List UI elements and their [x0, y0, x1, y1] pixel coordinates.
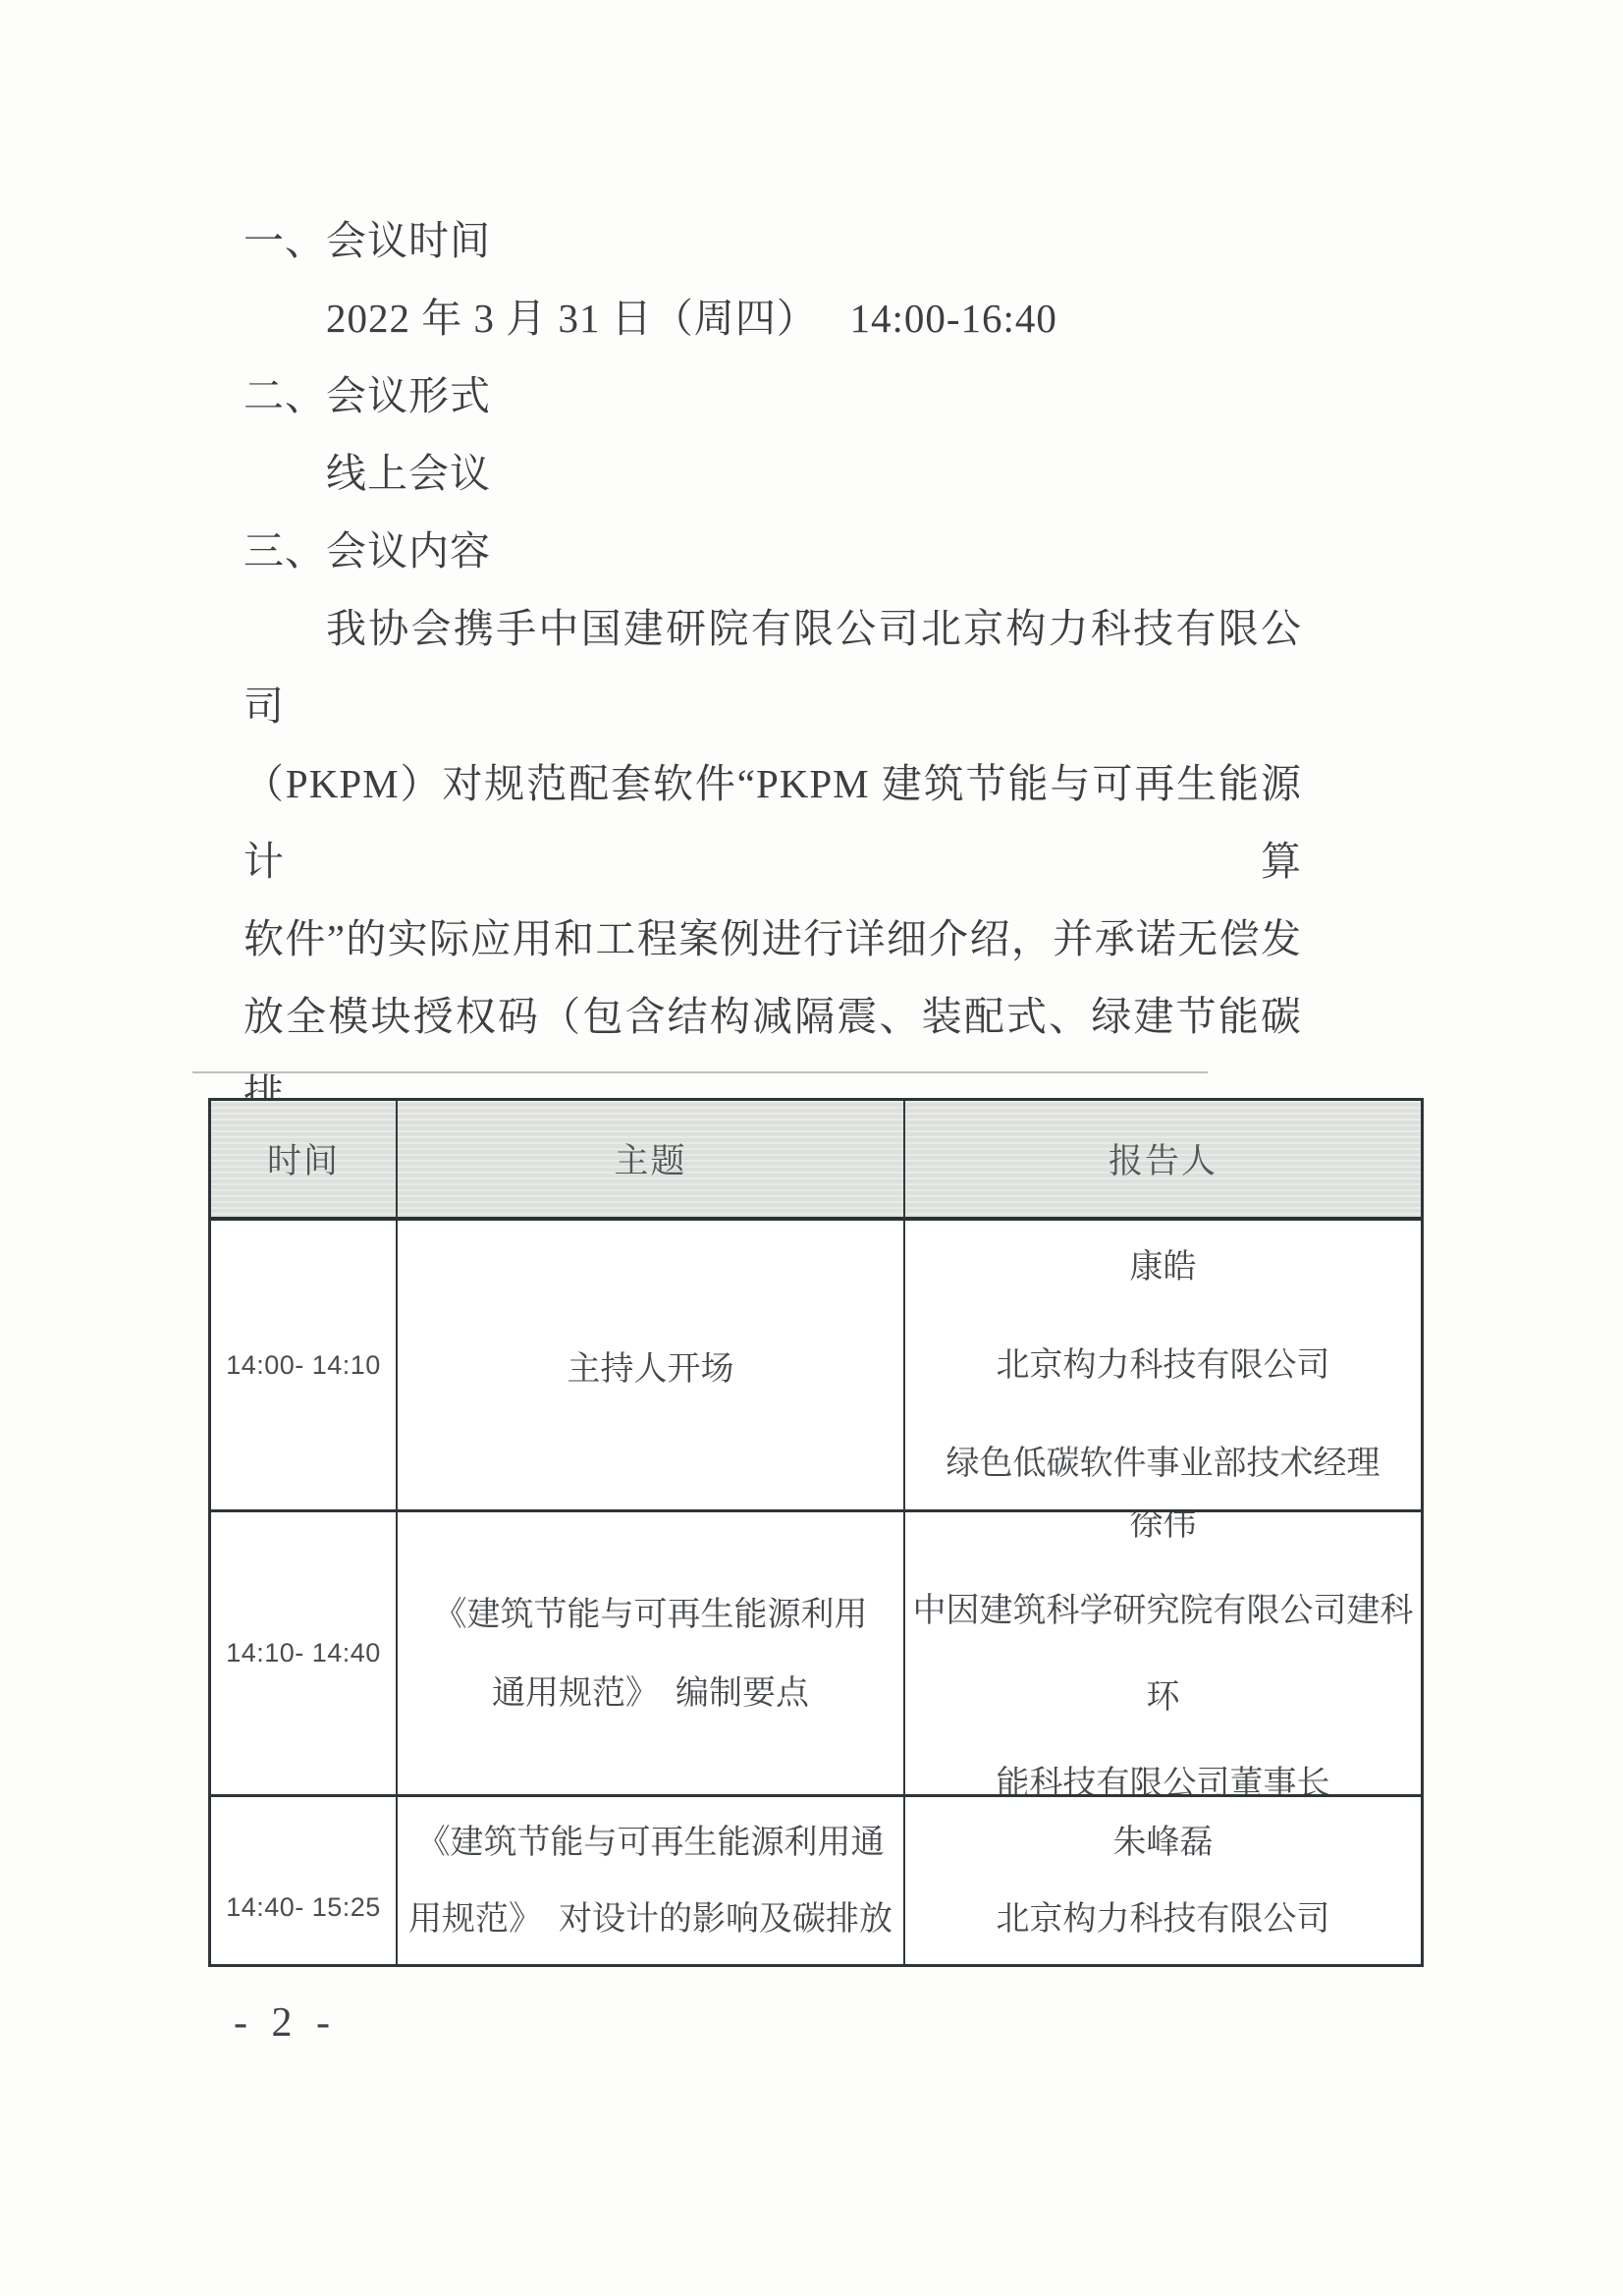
table-cell-speaker-1: 康皓 北京构力科技有限公司 绿色低碳软件事业部技术经理: [905, 1221, 1421, 1512]
topic-line: 用规范》 对设计的影响及碳排放: [408, 1881, 893, 1957]
speaker-org: 北京构力科技有限公司: [997, 1316, 1330, 1414]
speaker-org: 北京构力科技有限公司: [997, 1881, 1330, 1957]
scan-artifact-line: [192, 1071, 1208, 1073]
table-cell-speaker-2: 徐伟 中因建筑科学研究院有限公司建科环 能科技有限公司董事长: [905, 1512, 1421, 1797]
speaker-org: 中因建筑科学研究院有限公司建科环: [905, 1567, 1421, 1740]
topic-line: 《建筑节能与可再生能源利用: [434, 1575, 868, 1654]
agenda-table: 时间 主题 报告人 14:00- 14:10 主持人开场 康皓 北京构力科技有限…: [208, 1098, 1424, 1967]
scanned-document-page: 一、会议时间 2022 年 3 月 31 日（周四） 14:00-16:40 二…: [0, 0, 1623, 2296]
paragraph-line-2: （PKPM）对规范配套软件“PKPM 建筑节能与可再生能源计算: [243, 745, 1302, 901]
speaker-name: 朱峰磊: [1113, 1804, 1214, 1881]
section2-heading: 二、会议形式: [243, 357, 1302, 435]
topic-line: 通用规范》 编制要点: [492, 1654, 809, 1732]
table-cell-topic-2: 《建筑节能与可再生能源利用 通用规范》 编制要点: [398, 1512, 905, 1797]
speaker-title: 能科技有限公司董事长: [997, 1740, 1330, 1798]
meeting-format-value: 线上会议: [243, 435, 1302, 513]
table-cell-speaker-3: 朱峰磊 北京构力科技有限公司: [905, 1797, 1421, 1964]
speaker-title: 绿色低碳软件事业部技术经理: [947, 1414, 1380, 1512]
table-cell-time-3: 14:40- 15:25: [211, 1797, 398, 1964]
table-cell-topic-1: 主持人开场: [398, 1221, 905, 1512]
paragraph-line-3: 软件”的实际应用和工程案例进行详细介绍，并承诺无偿发: [243, 901, 1302, 978]
page-number: - 2 -: [234, 1999, 337, 2047]
header-cell-topic: 主题: [398, 1101, 905, 1221]
table-cell-time-1: 14:00- 14:10: [211, 1221, 398, 1512]
meeting-time-value: 2022 年 3 月 31 日（周四） 14:00-16:40: [243, 280, 1302, 357]
table-cell-topic-3: 《建筑节能与可再生能源利用通 用规范》 对设计的影响及碳排放: [398, 1797, 905, 1964]
section3-heading: 三、会议内容: [243, 513, 1302, 590]
speaker-name: 徐伟: [1130, 1512, 1197, 1567]
topic-line: 《建筑节能与可再生能源利用通: [417, 1804, 885, 1881]
topic-line: 主持人开场: [568, 1341, 734, 1390]
header-cell-time: 时间: [211, 1101, 398, 1221]
speaker-name: 康皓: [1130, 1221, 1197, 1316]
paragraph-line-1: 我协会携手中国建研院有限公司北京构力科技有限公司: [243, 590, 1302, 745]
header-cell-speaker: 报告人: [905, 1101, 1421, 1221]
section1-heading: 一、会议时间: [243, 202, 1302, 280]
table-cell-time-2: 14:10- 14:40: [211, 1512, 398, 1797]
